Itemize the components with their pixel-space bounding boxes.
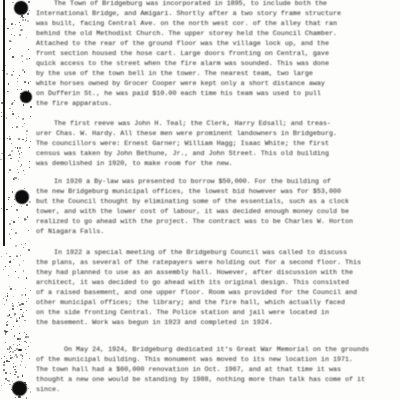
noise-dot bbox=[25, 19, 27, 21]
noise-dot bbox=[3, 362, 5, 364]
noise-dot bbox=[15, 232, 17, 234]
paragraph: The first reeve was John H. Teal; the Cl… bbox=[36, 119, 376, 169]
noise-dot bbox=[12, 127, 13, 128]
noise-dot bbox=[9, 136, 10, 137]
noise-dot bbox=[6, 117, 7, 118]
text-line: Attached to the rear of the ground floor… bbox=[36, 39, 376, 49]
noise-dot bbox=[8, 199, 9, 200]
noise-dot bbox=[9, 314, 11, 316]
text-line: The Town of Bridgeburg was incorporated … bbox=[36, 0, 376, 9]
noise-dot bbox=[26, 397, 27, 398]
noise-dot bbox=[25, 294, 27, 296]
noise-dot bbox=[20, 314, 21, 315]
noise-dot bbox=[21, 89, 23, 91]
noise-dot bbox=[24, 341, 25, 342]
noise-dot bbox=[24, 174, 25, 175]
noise-dot bbox=[23, 247, 25, 249]
noise-dot bbox=[11, 150, 13, 152]
noise-dot bbox=[19, 153, 21, 155]
noise-dot bbox=[30, 116, 31, 117]
noise-dot bbox=[16, 320, 18, 322]
noise-dot bbox=[9, 352, 10, 353]
noise-dot bbox=[13, 114, 14, 115]
text-line: urer Chas. W. Hardy. All these men were … bbox=[36, 129, 376, 139]
noise-dot bbox=[21, 206, 23, 208]
noise-dot bbox=[9, 266, 11, 268]
noise-dot bbox=[24, 219, 26, 221]
noise-dot bbox=[9, 41, 11, 43]
noise-dot bbox=[27, 13, 29, 15]
text-line: architect, it was decided to go ahead wi… bbox=[36, 278, 376, 288]
noise-dot bbox=[14, 369, 15, 370]
noise-dot bbox=[9, 154, 11, 156]
noise-dot bbox=[8, 380, 10, 382]
noise-dot bbox=[6, 324, 8, 326]
noise-dot bbox=[13, 178, 15, 180]
noise-dot bbox=[20, 166, 21, 167]
noise-dot bbox=[15, 354, 17, 356]
noise-dot bbox=[16, 356, 18, 358]
noise-dot bbox=[28, 249, 30, 251]
noise-dot bbox=[18, 116, 19, 117]
noise-dot bbox=[9, 348, 10, 349]
noise-dot bbox=[8, 172, 9, 173]
noise-dot bbox=[30, 106, 32, 108]
noise-dot bbox=[28, 230, 29, 231]
noise-dot bbox=[29, 147, 31, 149]
noise-dot bbox=[13, 363, 14, 364]
noise-dot bbox=[19, 349, 21, 351]
noise-dot bbox=[22, 17, 24, 19]
text-line: The town hall had a $60,000 renovation i… bbox=[36, 365, 376, 375]
noise-dot bbox=[6, 299, 7, 300]
noise-dot bbox=[6, 360, 8, 362]
noise-dot bbox=[11, 24, 12, 25]
noise-dot bbox=[29, 358, 31, 360]
noise-dot bbox=[14, 335, 16, 337]
noise-dot bbox=[22, 19, 24, 21]
noise-dot bbox=[24, 332, 25, 333]
text-line: the new Bridgeburg municipal offices, th… bbox=[36, 187, 376, 197]
noise-dot bbox=[9, 310, 10, 311]
noise-dot bbox=[9, 40, 11, 42]
noise-dot bbox=[24, 320, 26, 322]
noise-dot bbox=[10, 260, 12, 262]
noise-dot bbox=[17, 147, 18, 148]
noise-dot bbox=[9, 261, 10, 262]
hole-punch-mark bbox=[14, 1, 28, 15]
noise-dot bbox=[12, 2, 14, 4]
noise-dot bbox=[11, 348, 12, 349]
noise-dot bbox=[26, 58, 28, 60]
noise-dot bbox=[21, 303, 23, 305]
noise-dot bbox=[19, 22, 21, 24]
noise-dot bbox=[10, 48, 11, 49]
noise-dot bbox=[26, 137, 28, 139]
noise-dot bbox=[3, 364, 5, 366]
noise-dot bbox=[14, 204, 15, 205]
noise-dot bbox=[22, 355, 24, 357]
noise-dot bbox=[12, 111, 13, 112]
noise-dot bbox=[8, 361, 10, 363]
noise-dot bbox=[10, 317, 12, 319]
noise-dot bbox=[11, 41, 12, 42]
noise-dot bbox=[15, 371, 17, 373]
noise-dot bbox=[9, 49, 10, 50]
noise-dot bbox=[18, 150, 19, 151]
noise-dot bbox=[25, 349, 26, 350]
noise-dot bbox=[15, 147, 16, 148]
noise-dot bbox=[26, 219, 28, 221]
noise-dot bbox=[1, 208, 2, 209]
noise-dot bbox=[13, 344, 14, 345]
text-line: The councillors were: Ernest Garner; Wil… bbox=[36, 139, 376, 149]
noise-dot bbox=[29, 167, 30, 168]
noise-dot bbox=[16, 318, 17, 319]
noise-dot bbox=[1, 116, 2, 117]
noise-dot bbox=[10, 288, 11, 289]
noise-dot bbox=[16, 256, 18, 258]
text-line: of the municipal building. This monument… bbox=[36, 355, 376, 365]
noise-dot bbox=[8, 275, 9, 276]
paragraph: In 1922 a special meeting of the Bridgeb… bbox=[36, 248, 376, 328]
noise-dot bbox=[19, 157, 20, 158]
noise-dot bbox=[10, 358, 11, 359]
noise-dot bbox=[27, 216, 28, 217]
noise-dot bbox=[23, 247, 24, 248]
noise-dot bbox=[29, 10, 30, 11]
noise-dot bbox=[14, 35, 15, 36]
text-line: on the side fronting Central. The Police… bbox=[36, 308, 376, 318]
noise-dot bbox=[4, 383, 5, 384]
text-line: In 1922 a special meeting of the Bridgeb… bbox=[36, 248, 376, 258]
noise-dot bbox=[18, 138, 20, 140]
noise-dot bbox=[17, 89, 18, 90]
noise-dot bbox=[23, 104, 25, 106]
text-line: the basement. Work was begun in 1923 and… bbox=[36, 318, 376, 328]
text-line: quick access to the street when the fire… bbox=[36, 59, 376, 69]
noise-dot bbox=[17, 81, 18, 82]
noise-dot bbox=[11, 34, 12, 35]
noise-dot bbox=[22, 314, 24, 316]
noise-dot bbox=[29, 161, 30, 162]
noise-dot bbox=[15, 397, 16, 398]
noise-dot bbox=[15, 366, 16, 367]
noise-dot bbox=[19, 344, 20, 345]
noise-dot bbox=[1, 256, 2, 257]
text-line: but the Council thought by eliminating s… bbox=[36, 197, 376, 207]
text-line: since. bbox=[36, 385, 376, 395]
text-line: of a raised basement, and one upper floo… bbox=[36, 288, 376, 298]
noise-dot bbox=[1, 358, 2, 359]
noise-dot bbox=[26, 342, 27, 343]
noise-dot bbox=[4, 356, 6, 358]
noise-dot bbox=[17, 306, 18, 307]
noise-dot bbox=[29, 201, 31, 203]
noise-dot bbox=[14, 100, 15, 101]
noise-dot bbox=[7, 321, 8, 322]
noise-dot bbox=[26, 37, 27, 38]
noise-dot bbox=[9, 256, 11, 258]
noise-dot bbox=[13, 221, 15, 223]
noise-dot bbox=[30, 81, 31, 82]
noise-dot bbox=[12, 102, 13, 103]
noise-dot bbox=[20, 354, 22, 356]
noise-dot bbox=[24, 218, 25, 219]
noise-dot bbox=[12, 305, 14, 307]
noise-dot bbox=[23, 270, 24, 271]
noise-dot bbox=[14, 356, 15, 357]
noise-dot bbox=[30, 342, 31, 343]
noise-dot bbox=[8, 349, 10, 351]
noise-dot bbox=[8, 155, 9, 156]
noise-dot bbox=[19, 75, 20, 76]
paragraph: In 1920 a By-law was presented to borrow… bbox=[36, 177, 376, 237]
text-line: by the use of the town bell in the tower… bbox=[36, 69, 376, 79]
noise-dot bbox=[5, 372, 7, 374]
noise-dot bbox=[23, 260, 24, 261]
noise-dot bbox=[16, 255, 18, 257]
noise-dot bbox=[21, 294, 23, 296]
noise-dot bbox=[11, 329, 12, 330]
noise-dot bbox=[18, 179, 19, 180]
noise-dot bbox=[7, 295, 9, 297]
noise-dot bbox=[21, 29, 23, 31]
noise-dot bbox=[13, 296, 15, 298]
text-line: on Dufferin St., he was paid $10.00 each… bbox=[36, 89, 376, 99]
noise-dot bbox=[13, 326, 14, 327]
noise-dot bbox=[28, 12, 29, 13]
noise-dot bbox=[28, 388, 29, 389]
noise-dot bbox=[16, 118, 18, 120]
noise-dot bbox=[19, 317, 21, 319]
noise-dot bbox=[19, 350, 20, 351]
noise-dot bbox=[20, 29, 22, 31]
noise-dot bbox=[12, 381, 13, 382]
noise-dot bbox=[12, 56, 14, 58]
noise-dot bbox=[24, 188, 25, 189]
noise-dot bbox=[26, 310, 27, 311]
noise-dot bbox=[13, 259, 14, 260]
noise-dot bbox=[9, 108, 11, 110]
noise-dot bbox=[7, 91, 8, 92]
noise-dot bbox=[4, 304, 5, 305]
noise-dot bbox=[26, 278, 27, 279]
noise-dot bbox=[28, 49, 29, 50]
noise-dot bbox=[24, 81, 26, 83]
noise-dot bbox=[14, 177, 15, 178]
hole-punch-mark bbox=[12, 381, 27, 396]
noise-dot bbox=[26, 277, 27, 278]
noise-dot bbox=[15, 177, 17, 179]
noise-dot bbox=[18, 302, 19, 303]
noise-dot bbox=[20, 25, 22, 27]
noise-dot bbox=[28, 346, 29, 347]
noise-dot bbox=[21, 55, 23, 57]
noise-dot bbox=[5, 342, 6, 343]
noise-dot bbox=[11, 206, 13, 208]
noise-dot bbox=[9, 286, 10, 287]
text-line: the plans, as several of the ratepayers … bbox=[36, 258, 376, 268]
noise-dot bbox=[4, 361, 6, 363]
noise-dot bbox=[23, 312, 24, 313]
noise-dot bbox=[18, 151, 19, 152]
noise-dot bbox=[21, 361, 22, 362]
noise-dot bbox=[17, 338, 19, 340]
text-line: the fire apparatus. bbox=[36, 99, 376, 109]
noise-dot bbox=[3, 369, 5, 371]
noise-dot bbox=[27, 20, 29, 22]
text-line: The first reeve was John H. Teal; the Cl… bbox=[36, 119, 376, 129]
text-line: behind the old Methodist Church. The upp… bbox=[36, 29, 376, 39]
hole-punch-mark bbox=[15, 190, 29, 204]
text-line: International Bridge, and Amigari. Short… bbox=[36, 9, 376, 19]
noise-dot bbox=[16, 209, 18, 211]
noise-dot bbox=[19, 338, 21, 340]
text-line: tower, and with the lower cost of labour… bbox=[36, 207, 376, 217]
noise-dot bbox=[13, 178, 15, 180]
noise-dot bbox=[19, 333, 21, 335]
noise-dot bbox=[20, 364, 22, 366]
noise-dot bbox=[17, 376, 19, 378]
noise-dot bbox=[1, 385, 3, 387]
noise-dot bbox=[22, 126, 23, 127]
noise-dot bbox=[7, 28, 9, 30]
text-line: they had planned to use as an assembly h… bbox=[36, 268, 376, 278]
noise-dot bbox=[5, 296, 7, 298]
document-text: The Town of Bridgeburg was incorporated … bbox=[36, 0, 376, 400]
noise-dot bbox=[6, 331, 8, 333]
noise-dot bbox=[21, 244, 22, 245]
noise-dot bbox=[10, 373, 11, 374]
noise-dot bbox=[9, 223, 11, 225]
noise-dot bbox=[5, 266, 6, 267]
noise-dot bbox=[13, 102, 14, 103]
noise-dot bbox=[30, 290, 31, 291]
noise-dot bbox=[8, 197, 9, 198]
text-line: realized to go ahead with the project. T… bbox=[36, 217, 376, 227]
noise-dot bbox=[11, 220, 13, 222]
noise-dot bbox=[14, 315, 15, 316]
scan-edge-line bbox=[3, 0, 5, 246]
noise-dot bbox=[19, 326, 20, 327]
noise-dot bbox=[28, 82, 30, 84]
noise-dot bbox=[15, 24, 16, 25]
text-line: In 1920 a By-law was presented to borrow… bbox=[36, 177, 376, 187]
noise-dot bbox=[22, 303, 24, 305]
noise-dot bbox=[19, 34, 21, 36]
noise-dot bbox=[3, 298, 4, 299]
noise-dot bbox=[19, 349, 20, 350]
noise-dot bbox=[30, 391, 32, 393]
text-line: was built, facing Central Ave. on the no… bbox=[36, 19, 376, 29]
noise-dot bbox=[9, 384, 10, 385]
noise-dot bbox=[6, 209, 7, 210]
noise-dot bbox=[20, 309, 21, 310]
noise-dot bbox=[3, 269, 4, 270]
noise-dot bbox=[26, 278, 27, 279]
noise-dot bbox=[29, 58, 30, 59]
noise-dot bbox=[11, 143, 12, 144]
noise-dot bbox=[14, 350, 16, 352]
noise-dot bbox=[7, 138, 8, 139]
noise-dot bbox=[10, 158, 11, 159]
noise-dot bbox=[9, 138, 11, 140]
noise-dot bbox=[16, 348, 18, 350]
noise-dot bbox=[10, 238, 11, 239]
text-line: front section housed the hose cart. Larg… bbox=[36, 49, 376, 59]
paragraph: On May 24, 1924, Bridgeburg dedicated it… bbox=[36, 345, 376, 395]
noise-dot bbox=[18, 217, 19, 218]
noise-dot bbox=[12, 308, 14, 310]
noise-dot bbox=[5, 331, 7, 333]
text-line: was demolished in 1920, to make room for… bbox=[36, 159, 376, 169]
noise-dot bbox=[17, 169, 18, 170]
text-line: thought a new one would be standing by 1… bbox=[36, 375, 376, 385]
noise-dot bbox=[19, 341, 20, 342]
noise-dot bbox=[15, 245, 17, 247]
noise-dot bbox=[22, 316, 23, 317]
noise-dot bbox=[9, 346, 11, 348]
text-line: of Niagara Falls. bbox=[36, 227, 376, 237]
noise-dot bbox=[5, 333, 7, 335]
noise-dot bbox=[21, 152, 22, 153]
noise-dot bbox=[18, 396, 20, 398]
noise-dot bbox=[26, 134, 27, 135]
noise-dot bbox=[26, 353, 28, 355]
noise-dot bbox=[21, 15, 23, 17]
noise-dot bbox=[25, 367, 26, 368]
noise-dot bbox=[25, 336, 27, 338]
text-line: other municipal offices; the library; an… bbox=[36, 298, 376, 308]
noise-dot bbox=[18, 277, 19, 278]
noise-dot bbox=[26, 301, 27, 302]
noise-dot bbox=[16, 321, 17, 322]
noise-dot bbox=[6, 322, 8, 324]
scanned-document-page: The Town of Bridgeburg was incorporated … bbox=[0, 0, 400, 400]
noise-dot bbox=[9, 233, 11, 235]
noise-dot bbox=[18, 172, 19, 173]
noise-dot bbox=[12, 351, 14, 353]
noise-dot bbox=[21, 316, 22, 317]
noise-dot bbox=[11, 347, 12, 348]
noise-dot bbox=[30, 141, 31, 142]
noise-dot bbox=[22, 61, 23, 62]
noise-dot bbox=[23, 170, 24, 171]
noise-dot bbox=[22, 69, 24, 71]
noise-dot bbox=[13, 71, 14, 72]
noise-dot bbox=[22, 375, 24, 377]
noise-dot bbox=[6, 358, 7, 359]
noise-dot bbox=[7, 315, 9, 317]
noise-dot bbox=[19, 304, 21, 306]
noise-dot bbox=[0, 159, 2, 161]
noise-dot bbox=[6, 73, 8, 75]
noise-dot bbox=[18, 160, 20, 162]
noise-dot bbox=[7, 380, 8, 381]
noise-dot bbox=[22, 118, 24, 120]
noise-dot bbox=[7, 293, 8, 294]
noise-dot bbox=[20, 255, 21, 256]
noise-dot bbox=[7, 348, 9, 350]
paragraph: The Town of Bridgeburg was incorporated … bbox=[36, 0, 376, 109]
noise-dot bbox=[11, 229, 12, 230]
noise-dot bbox=[19, 147, 21, 149]
noise-dot bbox=[16, 126, 18, 128]
noise-dot bbox=[24, 123, 25, 124]
noise-dot bbox=[26, 130, 28, 132]
noise-dot bbox=[26, 334, 27, 335]
